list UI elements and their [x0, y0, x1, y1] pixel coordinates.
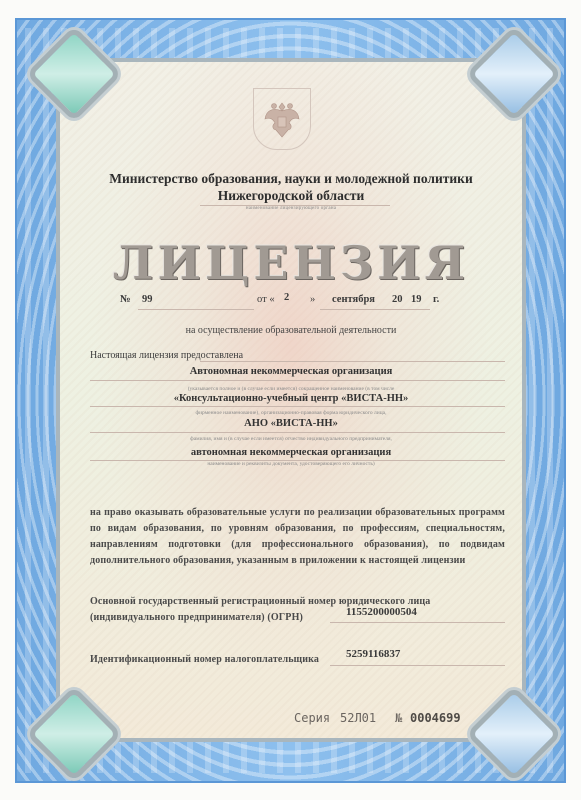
series-value: 52Л01 [340, 711, 376, 725]
divider [90, 380, 505, 381]
license-purpose: на осуществление образовательной деятель… [60, 325, 522, 336]
document-title: ЛИЦЕНЗИЯ [60, 236, 522, 290]
organization-short-name: АНО «ВИСТА-НН» [60, 418, 522, 429]
date-quote: » [310, 294, 315, 305]
caption-legal-form: фирменное наименование), организационно-… [60, 410, 522, 416]
license-number: 99 [142, 294, 153, 305]
year-prefix: 20 [392, 294, 403, 305]
divider [200, 361, 505, 362]
year-suffix: 19 [411, 294, 422, 305]
ministry-region: Нижегородской области [60, 187, 522, 204]
granted-to-label: Настоящая лицензия предоставлена [90, 350, 243, 361]
serial-number: 0004699 [410, 711, 461, 725]
divider [138, 309, 254, 310]
date-from-label: от « [257, 294, 275, 305]
license-month: сентября [332, 294, 375, 305]
ogrn-label-line1: Основной государственный регистрационный… [90, 594, 505, 610]
organization-name: «Консультационно-учебный центр «ВИСТА-НН… [60, 393, 522, 404]
year-label: г. [433, 294, 439, 305]
ogrn-label-line2: (индивидуального предпринимателя) (ОГРН) [90, 610, 505, 626]
ogrn-value: 1155200000504 [346, 606, 417, 618]
license-rights-paragraph: на право оказывать образовательные услуг… [90, 505, 505, 569]
caption-identity-document: наименование и реквизиты документа, удос… [60, 461, 522, 467]
divider [330, 665, 505, 666]
divider [330, 622, 505, 623]
license-day: 2 [284, 292, 289, 303]
authority-caption: наименование лицензирующего органа [60, 206, 522, 211]
serial-label: № [395, 711, 402, 725]
divider [90, 432, 505, 433]
russian-coat-of-arms-icon [253, 88, 311, 150]
licensing-authority: Министерство образования, науки и молоде… [60, 170, 522, 204]
ministry-name: Министерство образования, науки и молоде… [60, 170, 522, 187]
divider [90, 406, 505, 407]
number-label: № [120, 294, 131, 305]
caption-full-name: (указывается полное и (в случае если име… [60, 386, 522, 392]
organization-form: автономная некоммерческая организация [60, 447, 522, 458]
organization-type: Автономная некоммерческая организация [60, 366, 522, 377]
caption-entrepreneur: фамилия, имя и (в случае если имеется) о… [60, 436, 522, 442]
series-label: Серия [294, 711, 330, 725]
inn-value: 5259116837 [346, 648, 400, 660]
divider [320, 309, 430, 310]
